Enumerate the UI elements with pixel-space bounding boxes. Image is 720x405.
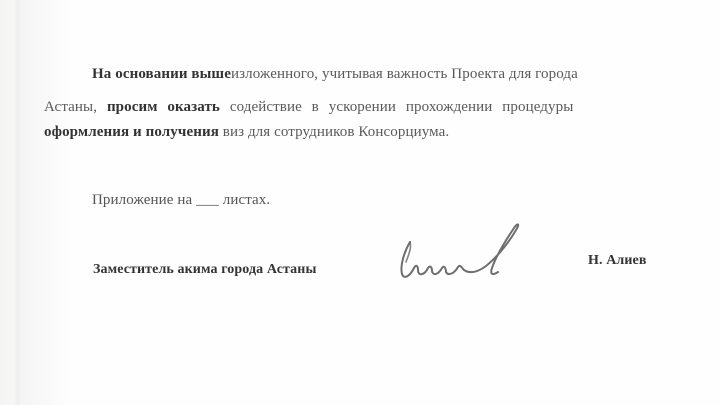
scan-edge <box>0 0 22 405</box>
paragraph-line-2: Астаны, просим оказать содействие в уско… <box>44 99 573 116</box>
paragraph-line-2-rest: содействие в ускорении прохождении проце… <box>230 99 574 115</box>
paragraph-line-1-rest: изложенного, учитывая важность Проекта д… <box>231 66 578 82</box>
paragraph-line-3-rest: виз для сотрудников Консорциума. <box>223 124 449 140</box>
paragraph-line-3: оформления и получения виз для сотрудник… <box>44 124 449 141</box>
signatory-title: Заместитель акима города Астаны <box>93 261 316 278</box>
paragraph-line-1-bold: На основании выше <box>92 66 231 82</box>
paragraph-line-2-bold: просим оказать <box>107 99 220 115</box>
scan-shadow <box>22 0 72 405</box>
attachment-note: Приложение на ___ листах. <box>92 192 270 209</box>
signature-icon <box>396 222 526 284</box>
signatory-name: Н. Алиев <box>588 252 647 269</box>
paragraph-line-1: На основании вышеизложенного, учитывая в… <box>92 66 578 83</box>
scanned-letter-page: На основании вышеизложенного, учитывая в… <box>0 0 720 405</box>
paragraph-line-2-lead: Астаны, <box>44 99 97 115</box>
paragraph-line-3-bold: оформления и получения <box>44 124 219 140</box>
